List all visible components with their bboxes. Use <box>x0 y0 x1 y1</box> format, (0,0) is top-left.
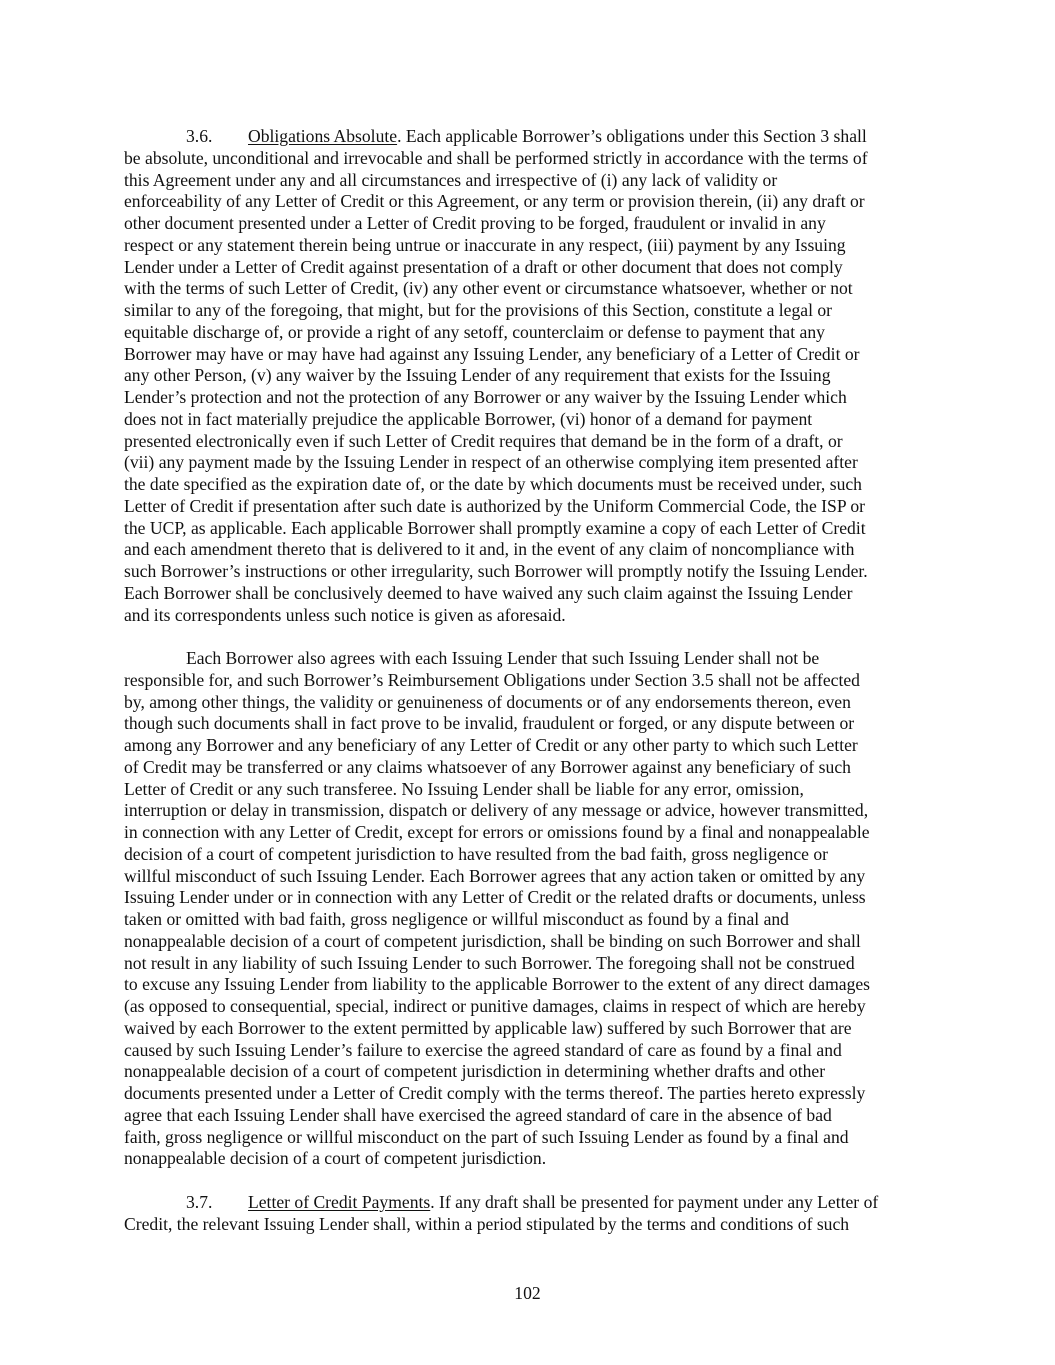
text-line: Lender’s protection and not the protecti… <box>124 387 847 408</box>
text-line: with the terms of such Letter of Credit,… <box>124 278 853 299</box>
text-line: Letter of Credit if presentation after s… <box>124 496 865 517</box>
text-line: nonappealable decision of a court of com… <box>124 931 861 952</box>
text-line: taken or omitted with bad faith, gross n… <box>124 909 789 930</box>
text-line: Credit, the relevant Issuing Lender shal… <box>124 1214 849 1235</box>
text-line: Letter of Credit or any such transferee.… <box>124 779 804 800</box>
section-heading: Letter of Credit Payments. If any draft … <box>248 1192 878 1213</box>
text-line: similar to any of the foregoing, that mi… <box>124 300 832 321</box>
text-line: not result in any liability of such Issu… <box>124 953 855 974</box>
text-line: respect or any statement therein being u… <box>124 235 846 256</box>
section-number: 3.7. <box>186 1192 212 1213</box>
text-line: and each amendment thereto that is deliv… <box>124 539 854 560</box>
section-number: 3.6. <box>186 126 212 147</box>
text-line: to excuse any Issuing Lender from liabil… <box>124 974 870 995</box>
section-title: Obligations Absolute <box>248 126 397 146</box>
text-line: caused by such Issuing Lender’s failure … <box>124 1040 842 1061</box>
text-line: does not in fact materially prejudice th… <box>124 409 812 430</box>
text-line: faith, gross negligence or willful misco… <box>124 1127 849 1148</box>
section-title: Letter of Credit Payments <box>248 1192 430 1212</box>
text-line: responsible for, and such Borrower’s Rei… <box>124 670 860 691</box>
text-line: interruption or delay in transmission, d… <box>124 800 868 821</box>
text-line: though such documents shall in fact prov… <box>124 713 854 734</box>
text-line: Issuing Lender under or in connection wi… <box>124 887 866 908</box>
text-line: waived by each Borrower to the extent pe… <box>124 1018 852 1039</box>
text-line: other document presented under a Letter … <box>124 213 826 234</box>
text-line: and its correspondents unless such notic… <box>124 605 566 626</box>
text-line: decision of a court of competent jurisdi… <box>124 844 828 865</box>
text-line: by, among other things, the validity or … <box>124 692 851 713</box>
document-page: 3.6.Obligations Absolute. Each applicabl… <box>0 0 1055 1365</box>
section-first-line: . If any draft shall be presented for pa… <box>430 1192 878 1212</box>
text-line: Borrower may have or may have had agains… <box>124 344 860 365</box>
text-line: agree that each Issuing Lender shall hav… <box>124 1105 832 1126</box>
text-line: Each Borrower shall be conclusively deem… <box>124 583 852 604</box>
text-line: among any Borrower and any beneficiary o… <box>124 735 858 756</box>
text-line: nonappealable decision of a court of com… <box>124 1061 825 1082</box>
text-line: the UCP, as applicable. Each applicable … <box>124 518 866 539</box>
text-line: nonappealable decision of a court of com… <box>124 1148 546 1169</box>
text-line: the date specified as the expiration dat… <box>124 474 862 495</box>
text-line: enforceability of any Letter of Credit o… <box>124 191 865 212</box>
text-line: any other Person, (v) any waiver by the … <box>124 365 831 386</box>
text-line: of Credit may be transferred or any clai… <box>124 757 851 778</box>
text-line: Lender under a Letter of Credit against … <box>124 257 843 278</box>
section-heading: Obligations Absolute. Each applicable Bo… <box>248 126 867 147</box>
page-number: 102 <box>0 1283 1055 1304</box>
text-line: presented electronically even if such Le… <box>124 431 843 452</box>
text-line: this Agreement under any and all circums… <box>124 170 777 191</box>
text-line: such Borrower’s instructions or other ir… <box>124 561 868 582</box>
section-first-line: . Each applicable Borrower’s obligations… <box>397 126 867 146</box>
text-line: documents presented under a Letter of Cr… <box>124 1083 865 1104</box>
text-line: equitable discharge of, or provide a rig… <box>124 322 825 343</box>
text-line: be absolute, unconditional and irrevocab… <box>124 148 868 169</box>
text-line: (vii) any payment made by the Issuing Le… <box>124 452 858 473</box>
text-line: (as opposed to consequential, special, i… <box>124 996 866 1017</box>
paragraph-first-line: Each Borrower also agrees with each Issu… <box>186 648 819 669</box>
text-line: in connection with any Letter of Credit,… <box>124 822 870 843</box>
text-line: willful misconduct of such Issuing Lende… <box>124 866 865 887</box>
